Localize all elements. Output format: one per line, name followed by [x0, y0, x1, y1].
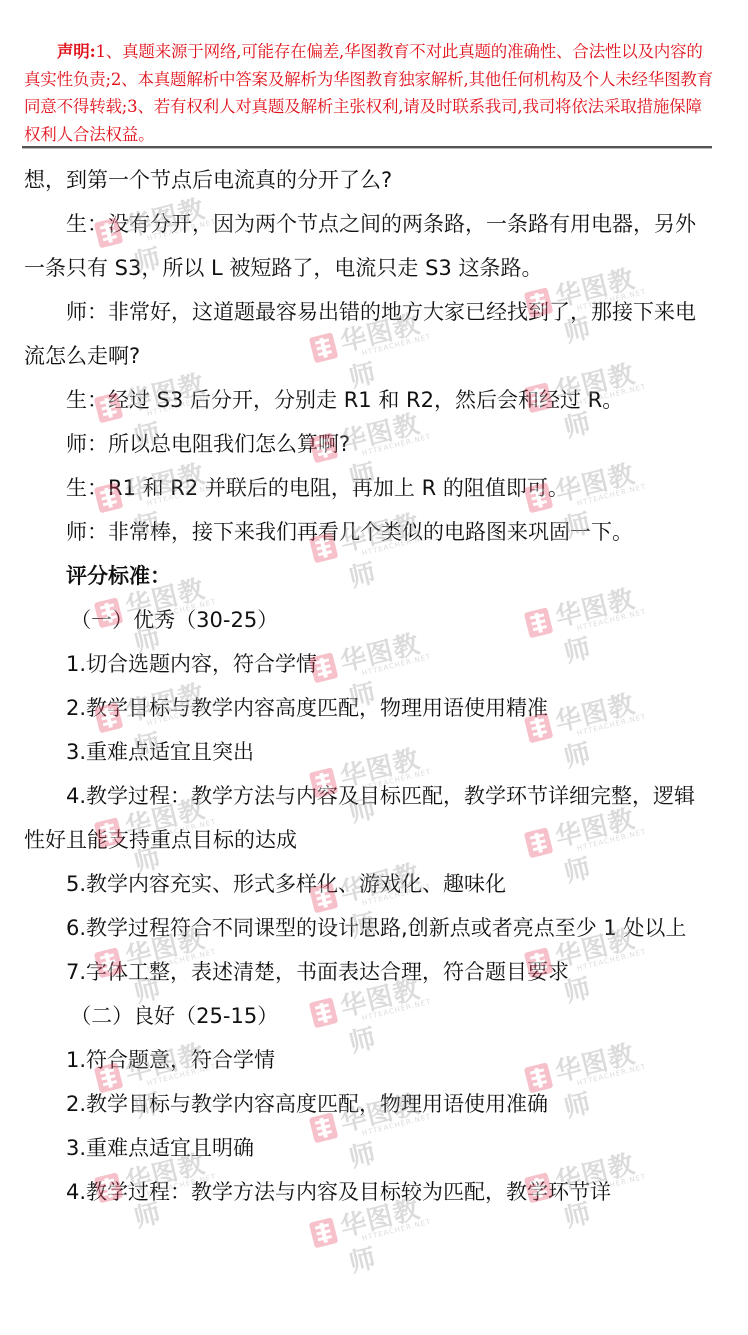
watermark-logo-icon	[309, 1217, 339, 1248]
paragraph: 师：非常好，这道题最容易出错的地方大家已经找到了，那接下来电流怎么走啊?	[24, 290, 714, 378]
disclaimer-label: 声明:	[57, 42, 96, 61]
criteria-item: 6.教学过程符合不同课型的设计思路,创新点或者亮点至少 1 处以上	[24, 906, 714, 950]
header-divider	[22, 146, 712, 148]
criteria-item: 3.重难点适宜且明确	[24, 1126, 714, 1170]
paragraph: 师：所以总电阻我们怎么算啊?	[24, 422, 714, 466]
document-body: 想，到第一个节点后电流真的分开了么? 生：没有分开，因为两个节点之间的两条路，一…	[24, 158, 714, 1214]
subsection-heading: （一）优秀（30-25）	[24, 598, 714, 642]
criteria-item: 5.教学内容充实、形式多样化、游戏化、趣味化	[24, 862, 714, 906]
criteria-item: 7.字体工整，表述清楚，书面表达合理，符合题目要求	[24, 950, 714, 994]
criteria-item: 1.符合题意，符合学情	[24, 1038, 714, 1082]
section-heading: 评分标准：	[24, 554, 714, 598]
disclaimer: 声明:1、真题来源于网络,可能存在偏差,华图教育不对此真题的准确性、合法性以及内…	[24, 38, 716, 148]
paragraph: 生：没有分开，因为两个节点之间的两条路，一条路有用电器，另外一条只有 S3，所以…	[24, 202, 714, 290]
criteria-item: 4.教学过程：教学方法与内容及目标较为匹配，教学环节详	[24, 1170, 714, 1214]
criteria-item: 1.切合选题内容，符合学情	[24, 642, 714, 686]
paragraph: 师：非常棒，接下来我们再看几个类似的电路图来巩固一下。	[24, 510, 714, 554]
disclaimer-text: 1、真题来源于网络,可能存在偏差,华图教育不对此真题的准确性、合法性以及内容的真…	[24, 42, 713, 144]
paragraph: 想，到第一个节点后电流真的分开了么?	[24, 158, 714, 202]
criteria-item: 4.教学过程：教学方法与内容及目标匹配，教学环节详细完整，逻辑性好且能支持重点目…	[24, 774, 714, 862]
paragraph: 生：R1 和 R2 并联后的电阻，再加上 R 的阻值即可。	[24, 466, 714, 510]
criteria-item: 3.重难点适宜且突出	[24, 730, 714, 774]
paragraph: 生：经过 S3 后分开，分别走 R1 和 R2，然后会和经过 R。	[24, 378, 714, 422]
criteria-item: 2.教学目标与教学内容高度匹配，物理用语使用精准	[24, 686, 714, 730]
criteria-item: 2.教学目标与教学内容高度匹配，物理用语使用准确	[24, 1082, 714, 1126]
subsection-heading: （二）良好（25-15）	[24, 994, 714, 1038]
